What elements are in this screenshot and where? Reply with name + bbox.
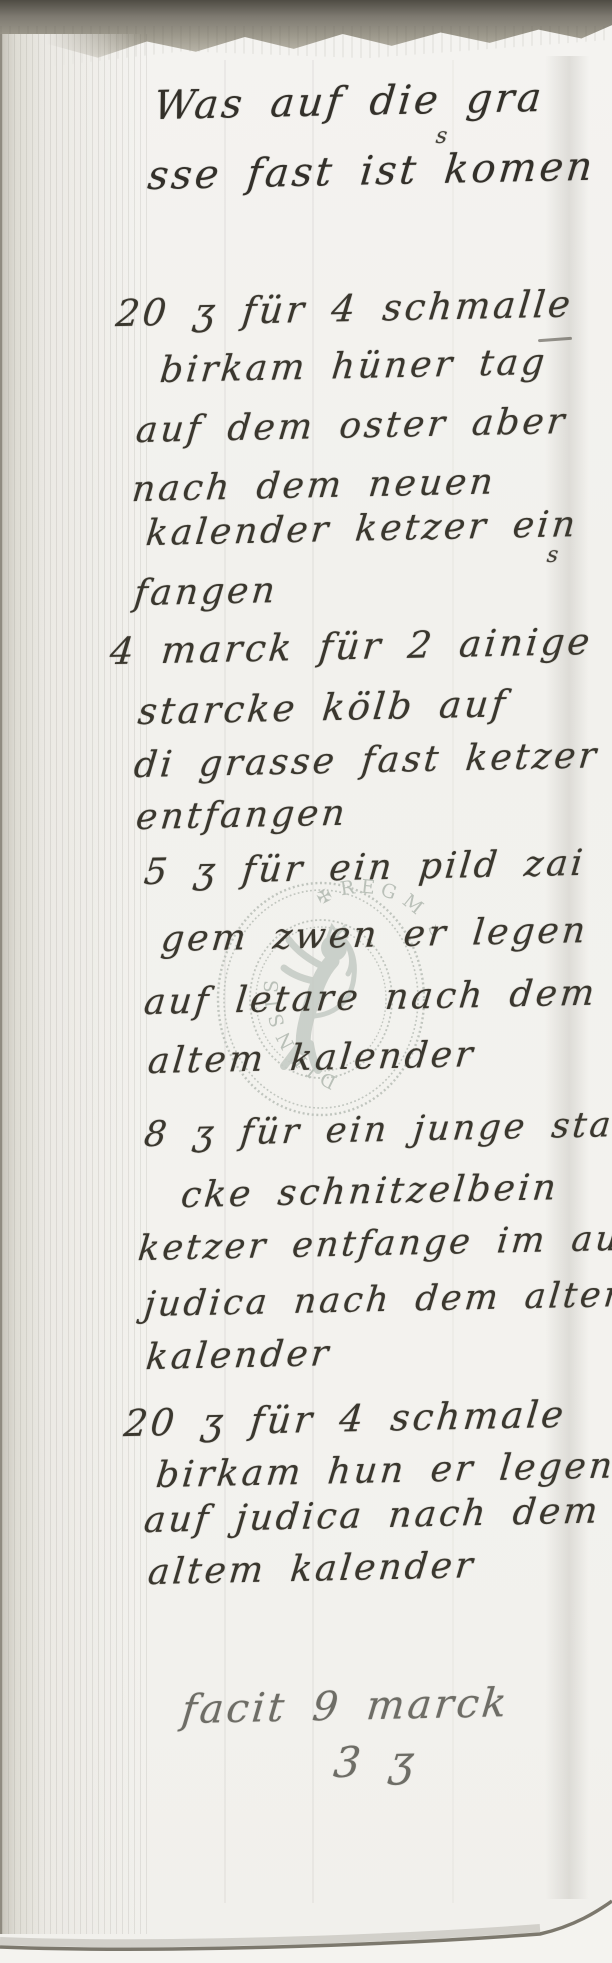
insertion-mark: s [435,126,452,148]
insertion-mark: s [546,545,563,567]
entry-5-line-3: auf judica nach dem [142,1493,602,1539]
footer-sum-line: facit 9 marck [180,1683,511,1730]
entry-5-line-4: altem kalender [146,1548,477,1591]
entry-1-line-5: kalender ketzer ein [144,507,579,552]
entry-1-line-2: birkam hüner tag [158,345,549,389]
header-line-1: Was auf die gra [152,78,546,126]
entry-1-line-4: nach dem neuen [130,464,497,508]
entry-5-line-2: birkam hun er legen [154,1448,612,1494]
entry-3-line-3: auf letare nach dem [142,976,599,1022]
entry-4-line-4: judica nach dem alten [142,1278,612,1323]
entry-2-line-1: 4 marck für 2 ainige [108,623,594,670]
entry-4-line-5: kalender [144,1336,332,1376]
header-line-2: sse fast ist komen [146,147,597,196]
footer-amount-line: 3 ʒ [332,1740,419,1784]
entry-3-line-4: altem kalender [146,1037,477,1080]
entry-2-line-4: entfangen [134,796,349,837]
entry-3-line-1: 5 ʒ für ein pild zai [142,846,587,891]
entry-4-line-3: ketzer entfange im auf [136,1222,612,1268]
entry-1-line-3: auf dem oster aber [134,404,569,449]
entry-2-line-2: starcke kölb auf [136,685,510,730]
entry-4-line-1: 8 ʒ für ein junge star [142,1108,612,1153]
manuscript-scan-page: ✠ REG M STVTGA DIENSIS Was auf die gra s… [0,0,612,1963]
entry-1-line-1: 20 ʒ für 4 schmalle [114,285,575,332]
entry-3-line-2: gem zwen er legen [159,913,590,958]
entry-1-line-6: fangen [132,573,279,612]
entry-5-line-1: 20 ʒ für 4 schmale [122,1396,568,1442]
page-bottom-edge [0,1893,612,1963]
entry-4-line-2: cke schnitzelbein [179,1170,560,1214]
entry-2-line-3: di grasse fast ketzer [132,738,600,784]
